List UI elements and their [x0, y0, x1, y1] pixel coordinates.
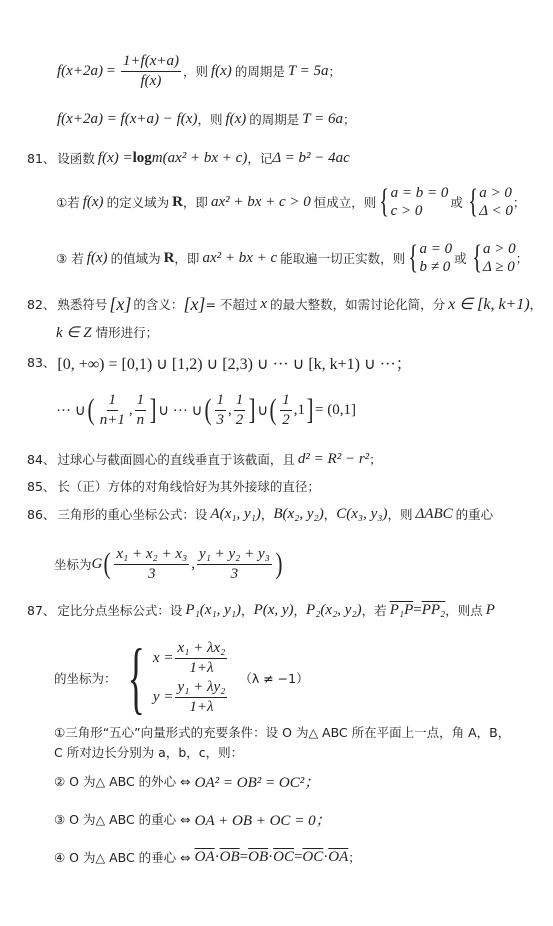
fx: f(x) — [83, 194, 104, 211]
fraction: 13 — [215, 391, 227, 430]
den: 2 — [234, 411, 246, 430]
text: 的含义： — [133, 295, 183, 313]
vector: OB — [220, 849, 240, 866]
vector: OC — [302, 849, 323, 866]
den: 3 — [215, 411, 227, 430]
floor-symbol: [x] — [109, 294, 131, 315]
case-2: a > 0 Δ ≥ 0 — [483, 240, 516, 276]
item-87: 87、 定比分点坐标公式：设 P₁(x₁, y₁) ， P(x, y) ， P₂… — [27, 598, 495, 622]
item-number: 83、 — [27, 353, 55, 371]
y-row: y = y₁ + λy₂1+λ — [153, 678, 229, 717]
case-2: a > 0 Δ < 0 — [479, 184, 513, 220]
text: 长（正）方体的对角线恰好为其外接球的直径； — [57, 477, 320, 495]
periodicity-line-2: f(x+2a) = f(x+a) − f(x) ，则 f(x) 的周期是 T =… — [57, 108, 356, 130]
text: 熟悉符号 — [57, 295, 107, 313]
expr: ax² + bx + c — [202, 250, 277, 267]
triangle: ΔABC — [416, 506, 453, 523]
end: ； — [369, 450, 382, 468]
point-C: C(x₃, y₃) — [336, 506, 387, 523]
text: ② O 为△ ABC 的外心 ⇔ — [54, 772, 191, 790]
point-P2: P₂(x₂, y₂) — [306, 602, 362, 619]
fx: f(x) — [87, 250, 108, 267]
equals: = — [103, 63, 119, 80]
text: 的重心 — [456, 505, 494, 523]
formula: OA + OB + OC = 0； — [195, 809, 331, 830]
item-number: 81、 — [27, 149, 55, 167]
G: G — [92, 556, 103, 573]
union: ∪ — [257, 401, 268, 420]
item-82: 82、 熟悉符号 [x] 的含义： [x] = 不超过 x 的最大整数，如需讨论… — [27, 292, 542, 316]
text: 情形进行； — [96, 323, 159, 341]
den: 3 — [229, 565, 241, 584]
case-row: a = b = 0 — [391, 184, 449, 202]
text: 三角形的重心坐标公式：设 — [57, 505, 207, 523]
item-83: 83、 [0, +∞) = [0,1) ∪ [1,2) ∪ [2,3) ∪ ··… — [27, 350, 412, 374]
always-text: 恒成立，则 — [314, 193, 377, 211]
period-result: T = 5a — [288, 63, 329, 80]
item-85: 85、 长（正）方体的对角线恰好为其外接球的直径； — [27, 476, 320, 496]
vector: OA — [195, 849, 215, 866]
num: y₁ + y₂ + y₃ — [197, 545, 272, 565]
point-P: P — [486, 602, 495, 619]
den: 2 — [280, 411, 292, 430]
bracket: ] — [307, 395, 314, 425]
coordinate-cases: x = x₁ + λx₂1+λ y = y₁ + λy₂1+λ — [153, 639, 229, 717]
reals: R — [172, 194, 183, 211]
item-84: 84、 过球心与截面圆心的直线垂直于该截面，且 d² = R² − r² ； — [27, 448, 382, 470]
orthocenter-line: ④ O 为△ ABC 的垂心 ⇔ OA · OB = OB · OC = OC … — [54, 846, 361, 868]
fx: f(x) — [225, 111, 246, 128]
left-brace: { — [127, 638, 144, 718]
item-number: 82、 — [27, 295, 55, 313]
k-in-Z: k ∈ Z — [56, 323, 92, 342]
equation: f(x+2a) = f(x+a) − f(x) — [57, 111, 197, 128]
case-1: a = 0 b ≠ 0 — [420, 240, 453, 276]
left-brace: { — [472, 241, 482, 275]
formula: OA² = OB² = OC²； — [195, 771, 320, 792]
formula: d² = R² − r² — [298, 451, 369, 468]
case-row: a = 0 — [420, 240, 453, 258]
text: C 所对边长分别为 a，b，c，则： — [54, 743, 243, 761]
x: x — [260, 296, 267, 313]
num: 1 — [135, 391, 147, 411]
fraction: y₁ + y₂ + y₃3 — [197, 545, 272, 584]
fraction: 1n — [135, 391, 147, 430]
range-text: 的值域为 — [111, 249, 161, 267]
case-row: Δ < 0 — [479, 202, 513, 220]
num: x₁ + λx₂ — [175, 639, 227, 659]
paren: ( — [87, 395, 94, 425]
condition: （λ ≠ −1） — [239, 669, 308, 687]
denominator: f(x) — [139, 72, 164, 91]
left-brace: { — [468, 185, 478, 219]
sep: ， — [294, 601, 307, 619]
intro: 设函数 — [57, 149, 95, 167]
vector-P1P: P₁P — [390, 602, 414, 619]
period-result: T = 6a — [302, 111, 343, 128]
paren: ( — [204, 395, 211, 425]
comma: , — [191, 556, 195, 573]
item-number: 85、 — [27, 477, 55, 495]
log-base: m — [152, 150, 163, 167]
item-81: 81、 设函数 f(x) = logm (ax² + bx + c) ，记 Δ … — [27, 146, 350, 170]
then: ，则 — [388, 505, 413, 523]
periodicity-line-1: f(x+2a) = 1+f(x+a) f(x) ，则 f(x) 的周期是 T =… — [57, 48, 341, 94]
all-text: 能取遍一切正实数，则 — [280, 249, 405, 267]
vector: OA — [328, 849, 348, 866]
den: 1+λ — [187, 659, 215, 678]
sep: ， — [261, 505, 274, 523]
text: 的最大整数，如需讨论化简，分 — [270, 295, 445, 313]
bracket: ] — [150, 395, 157, 425]
text: = 不超过 — [205, 295, 257, 313]
note: ，记 — [247, 149, 272, 167]
bracket: ] — [249, 395, 256, 425]
centroid-line: ③ O 为△ ABC 的重心 ⇔ OA + OB + OC = 0； — [54, 808, 331, 830]
fraction: 12 — [234, 391, 246, 430]
fraction: x₁ + x₂ + x₃3 — [114, 545, 189, 584]
if: 若 — [67, 193, 80, 211]
text: 定比分点坐标公式：设 — [57, 601, 182, 619]
end: ； — [348, 848, 361, 866]
num: x₁ + x₂ + x₃ — [114, 545, 189, 565]
centers-line-1: ①三角形“五心”向量形式的充要条件：设 O 为△ ABC 所在平面上一点，角 A… — [54, 722, 510, 742]
point-A: A(x₁, y₁) — [210, 506, 260, 523]
case-row: c > 0 — [391, 202, 449, 220]
ie: ，即 — [174, 249, 199, 267]
marker: ① — [56, 195, 67, 210]
period-text: 的周期是 — [249, 110, 299, 128]
fx: f(x) — [211, 63, 232, 80]
case-1: a = b = 0 c > 0 — [391, 184, 449, 220]
vector: OB — [248, 849, 268, 866]
mid: ∪ ··· ∪ — [158, 401, 202, 420]
fraction: 1n+1 — [98, 391, 127, 430]
left-brace: { — [408, 241, 418, 275]
point-P1: P₁(x₁, y₁) — [185, 602, 241, 619]
den: n — [135, 411, 147, 430]
item-number: 84、 — [27, 450, 55, 468]
item-82-line-2: k ∈ Z 情形进行； — [56, 322, 158, 342]
one: 1 — [298, 402, 306, 419]
comma: ， — [530, 295, 543, 313]
num: y₁ + λy₂ — [175, 678, 227, 698]
equals: = — [240, 849, 248, 866]
centers-line-2: C 所对边长分别为 a，b，c，则： — [54, 742, 243, 762]
equals: = — [413, 602, 421, 619]
case-row: a > 0 — [483, 240, 516, 258]
item-81-sub-1: ① 若 f(x) 的定义域为 R ，即 ax² + bx + c > 0 恒成立… — [56, 182, 525, 222]
inequality: ax² + bx + c > 0 — [211, 194, 311, 211]
sep: ， — [241, 601, 254, 619]
fraction: y₁ + λy₂1+λ — [175, 678, 227, 717]
then-text: ，则 — [183, 62, 208, 80]
log: log — [133, 150, 152, 167]
if: 若 — [71, 249, 84, 267]
text: ①三角形“五心”向量形式的充要条件：设 O 为△ ABC 所在平面上一点，角 A… — [54, 723, 510, 741]
den: 1+λ — [187, 698, 215, 717]
reals: R — [164, 250, 175, 267]
left-brace: { — [380, 185, 390, 219]
period-text: 的周期是 — [235, 62, 285, 80]
interval: x ∈ [k, k+1) — [448, 294, 530, 314]
log-arg: (ax² + bx + c) — [163, 150, 248, 167]
case-row: b ≠ 0 — [420, 258, 453, 276]
x-lhs: x = — [153, 650, 174, 667]
point-P: P(x, y) — [254, 602, 294, 619]
end: ； — [513, 193, 526, 211]
item-86: 86、 三角形的重心坐标公式：设 A(x₁, y₁) ， B(x₂, y₂) ，… — [27, 502, 493, 526]
equals: = — [294, 849, 302, 866]
end: ； — [343, 110, 356, 128]
item-83-line-2: ··· ∪ ( 1n+1, 1n ] ∪ ··· ∪ ( 13, 12 ] ∪ … — [56, 386, 356, 434]
num: 1 — [280, 391, 292, 411]
delta-def: Δ = b² − 4ac — [272, 150, 349, 167]
union-formula: [0, +∞) = [0,1) ∪ [1,2) ∪ [2,3) ∪ ··· ∪ … — [57, 351, 411, 374]
vector-PP2: PP₂ — [422, 602, 446, 619]
numerator: 1+f(x+a) — [121, 52, 181, 72]
text: ④ O 为△ ABC 的垂心 ⇔ — [54, 848, 191, 866]
den: n+1 — [98, 411, 127, 430]
lhs: f(x+2a) — [57, 63, 103, 80]
then-text: ，则 — [197, 110, 222, 128]
case-row: a > 0 — [479, 184, 513, 202]
item-87-line-2: 的坐标为： { x = x₁ + λx₂1+λ y = y₁ + λy₂1+λ … — [54, 636, 309, 720]
if: ，若 — [362, 601, 387, 619]
vector: OC — [273, 849, 294, 866]
paren: ( — [104, 549, 111, 579]
point-B: B(x₂, y₂) — [273, 506, 323, 523]
den: 3 — [146, 565, 158, 584]
result: = (0,1] — [315, 402, 356, 419]
func: f(x) = — [98, 150, 133, 167]
text: ③ O 为△ ABC 的重心 ⇔ — [54, 810, 191, 828]
item-number: 87、 — [27, 601, 55, 619]
ie: ，即 — [183, 193, 208, 211]
text: 的坐标为： — [54, 669, 117, 687]
then: ，则点 — [445, 601, 483, 619]
item-number: 86、 — [27, 505, 55, 523]
text: 坐标为 — [54, 555, 92, 573]
item-86-line-2: 坐标为 G ( x₁ + x₂ + x₃3 , y₁ + y₂ + y₃3 ) — [54, 540, 284, 588]
marker: ③ — [56, 251, 67, 266]
end: ； — [516, 249, 529, 267]
paren: ( — [270, 395, 277, 425]
x-row: x = x₁ + λx₂1+λ — [153, 639, 229, 678]
paren: ) — [275, 549, 282, 579]
num: 1 — [234, 391, 246, 411]
end: ； — [329, 62, 342, 80]
item-81-sub-3: ③ 若 f(x) 的值域为 R ，即 ax² + bx + c 能取遍一切正实数… — [56, 238, 528, 278]
floor-symbol: [x] — [183, 294, 205, 315]
num: 1 — [107, 391, 119, 411]
circumcenter-line: ② O 为△ ABC 的外心 ⇔ OA² = OB² = OC²； — [54, 770, 319, 792]
fraction: x₁ + λx₂1+λ — [175, 639, 227, 678]
domain-text: 的定义域为 — [107, 193, 170, 211]
or: 或 — [454, 249, 467, 267]
sep: ， — [324, 505, 337, 523]
prefix: ··· ∪ — [56, 401, 86, 420]
text: 过球心与截面圆心的直线垂直于该截面，且 — [57, 450, 295, 468]
or: 或 — [450, 193, 463, 211]
y-lhs: y = — [153, 689, 174, 706]
num: 1 — [215, 391, 227, 411]
fraction: 1+f(x+a) f(x) — [121, 52, 181, 91]
case-row: Δ ≥ 0 — [483, 258, 516, 276]
fraction: 12 — [280, 391, 292, 430]
